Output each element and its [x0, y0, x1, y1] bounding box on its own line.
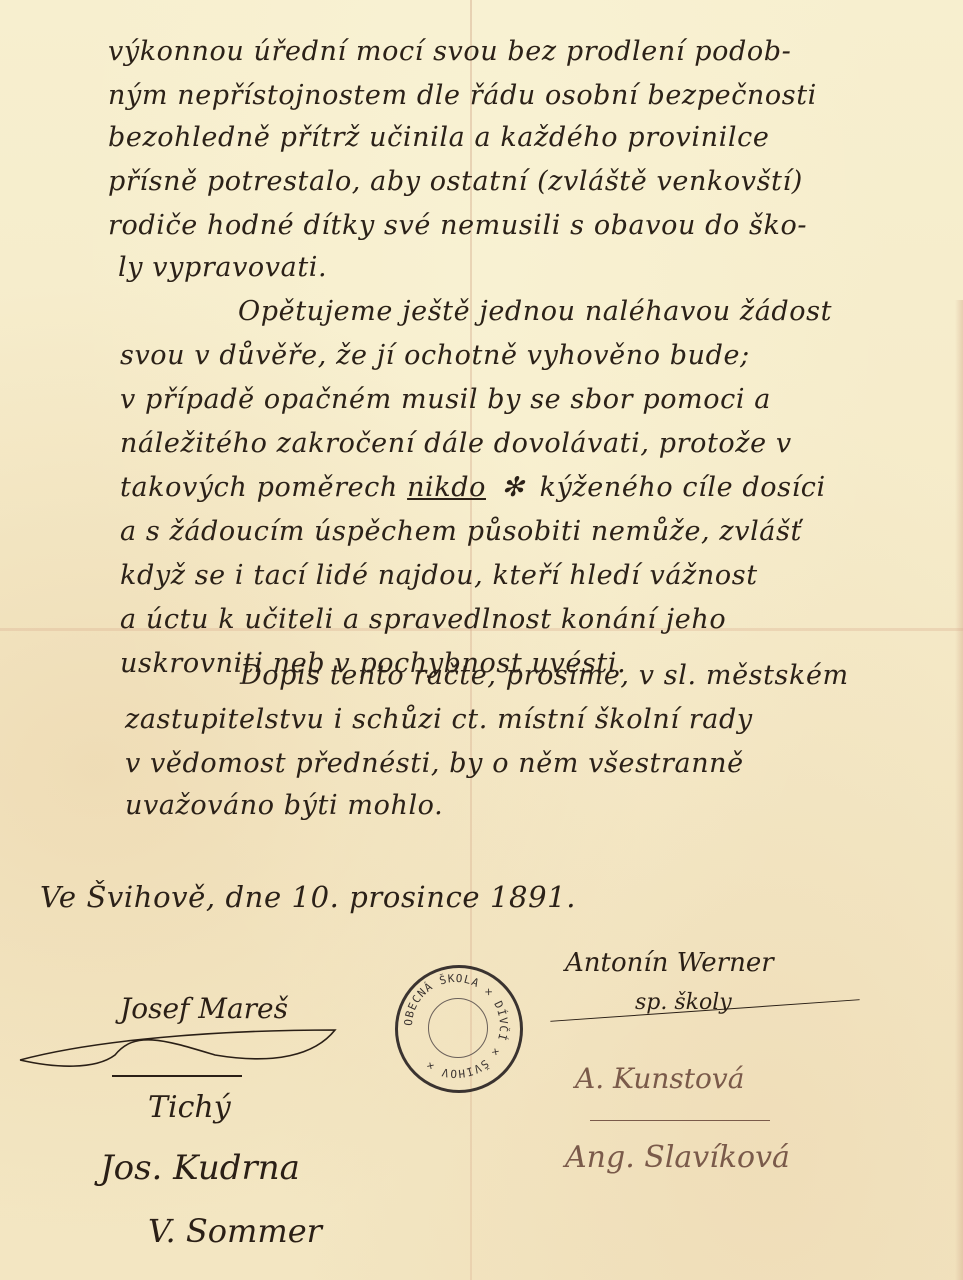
asterisk-mark: ✻: [501, 472, 524, 503]
body-line: v případě opačném musil by se sbor pomoc…: [120, 384, 771, 415]
body-line: náležitého zakročení dále dovolávati, pr…: [120, 428, 792, 459]
body-line: rodiče hodné dítky své nemusili s obavou…: [108, 210, 807, 241]
body-line: přísně potrestalo, aby ostatní (zvláště …: [108, 166, 803, 197]
body-line: když se i tací lidé najdou, kteří hledí …: [120, 560, 758, 591]
body-line: ným nepřístojnostem dle řádu osobní bezp…: [108, 80, 817, 111]
body-line: takových poměrech nikdo ✻ kýženého cíle …: [120, 472, 826, 503]
date-line: Ve Švihově, dne 10. prosince 1891.: [40, 880, 576, 914]
signature: A. Kunstová: [575, 1062, 744, 1095]
body-line: v vědomost přednésti, by o něm všestrann…: [125, 748, 744, 779]
svg-text:OBECNÁ ŠKOLA ✕ DÍVČÍ ✕ ŠVIHOV: OBECNÁ ŠKOLA ✕ DÍVČÍ ✕ ŠVIHOV ✕: [402, 972, 510, 1080]
paragraph-start-line: Opětujeme ještě jednou naléhavou žádost: [238, 296, 832, 327]
body-line: a úctu k učiteli a spravedlnost konání j…: [120, 604, 726, 635]
body-line: a s žádoucím úspěchem působiti nemůže, z…: [120, 516, 802, 547]
body-line: ly vypravovati.: [118, 252, 327, 283]
signature: Jos. Kudrna: [100, 1148, 300, 1188]
stamp-text-ring: OBECNÁ ŠKOLA ✕ DÍVČÍ ✕ ŠVIHOV ✕: [395, 965, 517, 1087]
body-line: bezohledně přítrž učinila a každého prov…: [108, 122, 769, 153]
body-line: výkonnou úřední mocí svou bez prodlení p…: [108, 36, 791, 67]
signature-underline: [590, 1120, 770, 1121]
signature-title: sp. školy: [635, 990, 732, 1015]
signature-underline: [112, 1075, 242, 1077]
paragraph-start-line: Dopis tento račte, prosíme, v sl. městsk…: [240, 660, 849, 691]
signature: Ang. Slavíková: [565, 1140, 790, 1175]
paper-edge-stain: [955, 300, 963, 1280]
signature-flourish: [15, 1010, 345, 1070]
signature: V. Sommer: [148, 1212, 322, 1250]
text-segment: kýženého cíle dosíci: [540, 472, 826, 503]
body-line: zastupitelstvu i schůzi ct. místní školn…: [125, 704, 753, 735]
underlined-phrase-line: takových poměrech nikdo: [120, 472, 495, 503]
school-stamp: OBECNÁ ŠKOLA ✕ DÍVČÍ ✕ ŠVIHOV ✕: [395, 965, 523, 1093]
body-line: svou v důvěře, že jí ochotně vyhověno bu…: [120, 340, 750, 371]
text-segment: takových poměrech nikdo: [120, 472, 486, 503]
body-line: uvažováno býti mohlo.: [125, 790, 443, 821]
underlined-word: nikdo: [407, 472, 486, 503]
signature: Antonín Werner: [565, 948, 774, 978]
signature: Tichý: [148, 1090, 231, 1125]
